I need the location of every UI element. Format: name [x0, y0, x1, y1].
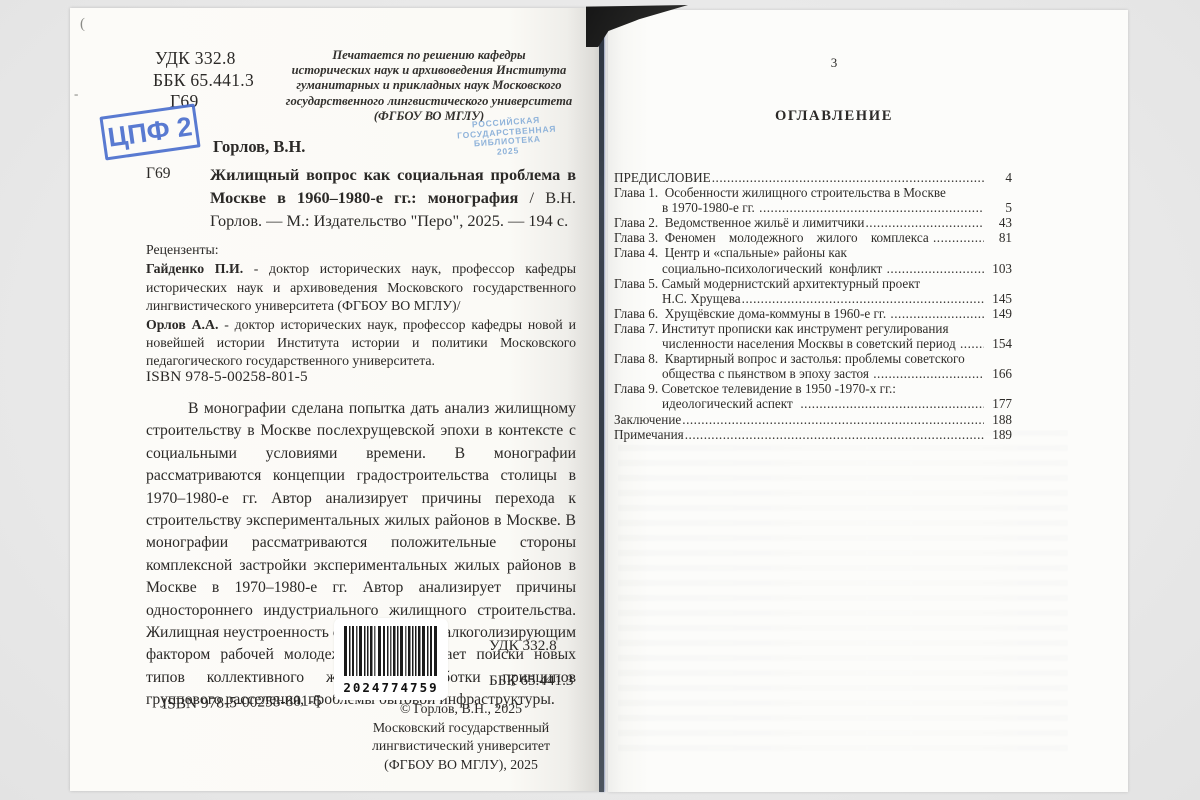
- right-page: 3 ОГЛАВЛЕНИЕ ПРЕДИСЛОВИЕ 4 Глава 1. Особ…: [608, 10, 1128, 792]
- cpf-stamp-text: ЦПФ 2: [106, 111, 194, 153]
- reviewer-2-name: Орлов А.А.: [146, 317, 218, 332]
- copyright-line: (ФГБОУ ВО МГЛУ), 2025: [346, 756, 576, 775]
- toc-dot-leader: [866, 215, 985, 230]
- scan-artifact: (: [80, 16, 85, 33]
- copyright-block: © Горлов, В.Н., 2025 Московский государс…: [346, 700, 576, 774]
- toc-entry-page: 149: [986, 306, 1012, 321]
- imprint-line: гуманитарных и прикладных наук Московско…: [284, 78, 574, 93]
- toc-row: социально-психологический конфликт 103: [614, 261, 1012, 276]
- bbk-code: ББК 65.441.3: [153, 70, 254, 92]
- imprint-line: государственного лингвистического универ…: [284, 94, 574, 109]
- toc-entry-title: Глава 2. Ведомственное жильё и лимитчики: [614, 215, 865, 230]
- toc-entry-title: Глава 4. Центр и «спальные» районы как: [614, 245, 847, 260]
- classification-codes-top: УДК 332.8 ББК 65.441.3 Г69: [155, 48, 254, 113]
- catalog-entry: Г69 Жилищный вопрос как социальная пробл…: [146, 163, 576, 232]
- toc-row: Глава 2. Ведомственное жильё и лимитчики…: [614, 215, 1012, 230]
- copyright-line: лингвистический университет: [346, 737, 576, 756]
- toc-row: Глава 3. Феномен молодежного жилого комп…: [614, 230, 1012, 245]
- toc-entry-page: 43: [986, 215, 1012, 230]
- udc-code: УДК 332.8: [155, 48, 254, 70]
- toc-dot-leader: [960, 336, 984, 351]
- toc-entry-title: Глава 5. Самый модернистский архитектурн…: [614, 276, 920, 291]
- toc-row: Глава 6. Хрущёвские дома-коммуны в 1960-…: [614, 306, 1012, 321]
- toc-entry-title: в 1970-1980-е гг.: [614, 200, 758, 215]
- toc-entry-title: идеологический аспект: [614, 396, 799, 411]
- imprint-line: исторических наук и архивоведения Инстит…: [284, 63, 574, 78]
- reviewers-block: Рецензенты: Гайденко П.И. - доктор истор…: [146, 241, 576, 371]
- catalog-title: Жилищный вопрос как социальная проблема …: [146, 163, 576, 232]
- toc-row: идеологический аспект 177: [614, 396, 1012, 411]
- book-gutter: [599, 8, 604, 792]
- copyright-line: Московский государственный: [346, 719, 576, 738]
- toc-entry-page: 166: [986, 366, 1012, 381]
- imprint-note: Печатается по решению кафедры историческ…: [284, 48, 574, 124]
- toc-dot-leader: [890, 306, 984, 321]
- toc-entry-title: Глава 8. Квартирный вопрос и застолья: п…: [614, 351, 965, 366]
- page-bleed-through: [618, 430, 1068, 760]
- toc-entry-page: 5: [986, 200, 1012, 215]
- toc-row: Глава 1. Особенности жилищного строитель…: [614, 185, 1012, 200]
- toc-row: общества с пьянством в эпоху застоя 166: [614, 366, 1012, 381]
- toc-dot-leader: [742, 291, 984, 306]
- imprint-line: Печатается по решению кафедры: [284, 48, 574, 63]
- toc-entry-title: общества с пьянством в эпоху застоя: [614, 366, 872, 381]
- toc-entry-title: Заключение: [614, 412, 681, 427]
- toc-row: Глава 9. Советское телевидение в 1950 -1…: [614, 381, 1012, 396]
- bbk-code-bottom: ББК 65.441.3: [489, 672, 574, 690]
- toc-entry-title: Глава 7. Институт прописки как инструмен…: [614, 321, 949, 336]
- isbn-number-bottom: ISBN 978-5-00258-801-5: [162, 692, 322, 713]
- toc-entry-title: Н.С. Хрущева: [614, 291, 741, 306]
- toc-entry-page: 154: [986, 336, 1012, 351]
- toc-row: Заключение 188: [614, 412, 1012, 427]
- toc-row: Н.С. Хрущева 145: [614, 291, 1012, 306]
- toc-row: в 1970-1980-е гг. 5: [614, 200, 1012, 215]
- reviewer-1: Гайденко П.И. - доктор исторических наук…: [146, 260, 576, 315]
- toc-entry-page: 81: [986, 230, 1012, 245]
- toc-entry-page: 177: [986, 396, 1012, 411]
- toc-row: Глава 5. Самый модернистский архитектурн…: [614, 276, 1012, 291]
- toc-entry-page: 145: [986, 291, 1012, 306]
- toc-entry-page: 188: [986, 412, 1012, 427]
- toc-row: численности населения Москвы в советский…: [614, 336, 1012, 351]
- copyright-line: © Горлов, В.Н., 2025: [346, 700, 576, 719]
- barcode-sticker: 2024774759: [334, 618, 448, 700]
- toc-heading: ОГЛАВЛЕНИЕ: [608, 108, 1060, 125]
- toc-row: Глава 8. Квартирный вопрос и застолья: п…: [614, 351, 1012, 366]
- barcode-number: 2024774759: [334, 680, 448, 695]
- table-of-contents: ПРЕДИСЛОВИЕ 4 Глава 1. Особенности жилищ…: [614, 170, 1012, 442]
- udc-code-bottom: УДК 332.8: [489, 637, 557, 655]
- toc-entry-title: Глава 3. Феномен молодежного жилого комп…: [614, 230, 932, 245]
- reviewer-2: Орлов А.А. - доктор исторических наук, п…: [146, 316, 576, 371]
- toc-entry-title: ПРЕДИСЛОВИЕ: [614, 170, 711, 185]
- toc-entry-title: численности населения Москвы в советский…: [614, 336, 959, 351]
- toc-entry-page: 103: [986, 261, 1012, 276]
- scan-artifact: -: [74, 86, 78, 102]
- toc-dot-leader: [682, 412, 984, 427]
- toc-entry-title: Глава 9. Советское телевидение в 1950 -1…: [614, 381, 896, 396]
- reviewers-label: Рецензенты:: [146, 241, 576, 259]
- toc-dot-leader: [873, 366, 984, 381]
- library-cpf-stamp: ЦПФ 2: [99, 104, 200, 161]
- toc-dot-leader: [712, 170, 984, 185]
- toc-dot-leader: [800, 396, 984, 411]
- toc-entry-title: Глава 1. Особенности жилищного строитель…: [614, 185, 946, 200]
- toc-dot-leader: [887, 261, 984, 276]
- page-number: 3: [608, 55, 1060, 71]
- toc-row: Глава 4. Центр и «спальные» районы как: [614, 245, 1012, 260]
- toc-entry-title: социально-психологический конфликт: [614, 261, 886, 276]
- toc-entry-title: Глава 6. Хрущёвские дома-коммуны в 1960-…: [614, 306, 889, 321]
- catalog-code: Г69: [146, 165, 170, 183]
- left-page: ( - УДК 332.8 ББК 65.441.3 Г69 ЦПФ 2 Печ…: [70, 8, 604, 791]
- barcode-icon: [344, 626, 438, 676]
- toc-row: ПРЕДИСЛОВИЕ 4: [614, 170, 1012, 185]
- toc-row: Глава 7. Институт прописки как инструмен…: [614, 321, 1012, 336]
- toc-dot-leader: [933, 230, 984, 245]
- author-name: Горлов, В.Н.: [213, 137, 305, 157]
- toc-dot-leader: [759, 200, 984, 215]
- toc-entry-page: 4: [986, 170, 1012, 185]
- isbn-number: ISBN 978-5-00258-801-5: [146, 368, 308, 386]
- reviewer-1-name: Гайденко П.И.: [146, 261, 243, 276]
